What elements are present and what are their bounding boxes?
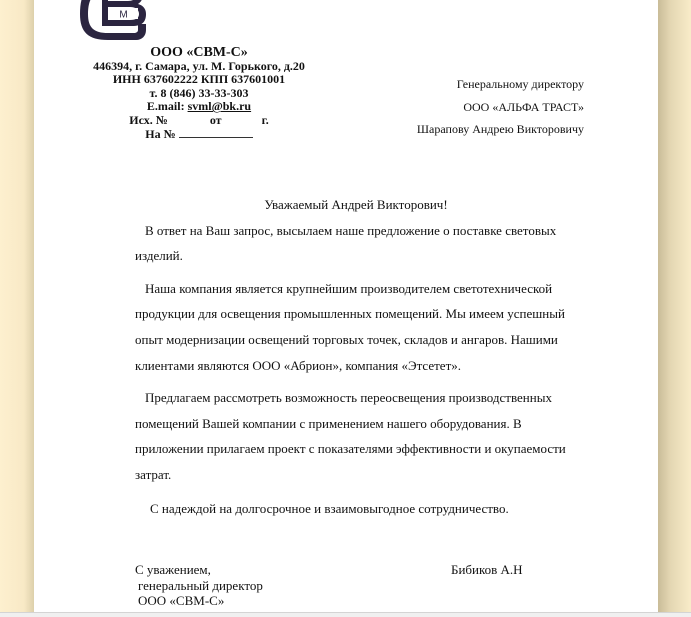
- outgoing-from-label: от: [210, 113, 222, 127]
- paragraph-2: Наша компания является крупнейшим произв…: [135, 276, 577, 378]
- sender-inn-kpp: ИНН 637602222 КПП 637601001: [79, 73, 319, 86]
- signature-regards: С уважением,: [135, 562, 263, 578]
- sender-phone: т. 8 (846) 33-33-303: [79, 87, 319, 100]
- outgoing-label: Исх. №: [129, 113, 168, 127]
- sender-block: ООО «СВМ-С» 446394, г. Самара, ул. М. Го…: [79, 45, 319, 141]
- signature-position: генеральный директор: [135, 578, 263, 594]
- email-link[interactable]: svml@bk.ru: [188, 99, 252, 113]
- recipient-block: Генеральному директору ООО «АЛЬФА ТРАСТ»…: [417, 73, 584, 141]
- signature-company: ООО «СВМ-С»: [135, 593, 263, 609]
- outgoing-number-row: Исх. №отг.: [79, 114, 319, 127]
- letter-page: M ООО «СВМ-С» 446394, г. Самара, ул. М. …: [34, 0, 658, 612]
- reply-number-field: [179, 127, 253, 138]
- recipient-company: ООО «АЛЬФА ТРАСТ»: [417, 96, 584, 119]
- closing-line: С надеждой на долгосрочное и взаимовыгод…: [150, 499, 509, 519]
- outgoing-year-label: г.: [262, 113, 269, 127]
- signature-name: Бибиков А.Н: [451, 562, 523, 578]
- reply-number-row: На №: [79, 127, 319, 141]
- letter-body: Уважаемый Андрей Викторович! В ответ на …: [135, 192, 577, 488]
- recipient-position: Генеральному директору: [417, 73, 584, 96]
- signature-block: С уважением, генеральный директор ООО «С…: [135, 562, 263, 609]
- sender-email-row: E.mail: svml@bk.ru: [79, 100, 319, 113]
- horizontal-scrollbar-area[interactable]: [0, 612, 691, 617]
- email-label: E.mail:: [147, 99, 188, 113]
- sender-address: 446394, г. Самара, ул. М. Горького, д.20: [79, 60, 319, 73]
- sender-company: ООО «СВМ-С»: [79, 45, 319, 60]
- greeting: Уважаемый Андрей Викторович!: [135, 192, 577, 218]
- paragraph-1: В ответ на Ваш запрос, высылаем наше пре…: [135, 218, 577, 269]
- recipient-name: Шарапову Андрею Викторовичу: [417, 118, 584, 141]
- logo-m-letter: M: [119, 10, 127, 21]
- reply-label: На №: [145, 127, 175, 141]
- company-logo-icon: M: [76, 0, 146, 42]
- paragraph-3: Предлагаем рассмотреть возможность перео…: [135, 385, 577, 487]
